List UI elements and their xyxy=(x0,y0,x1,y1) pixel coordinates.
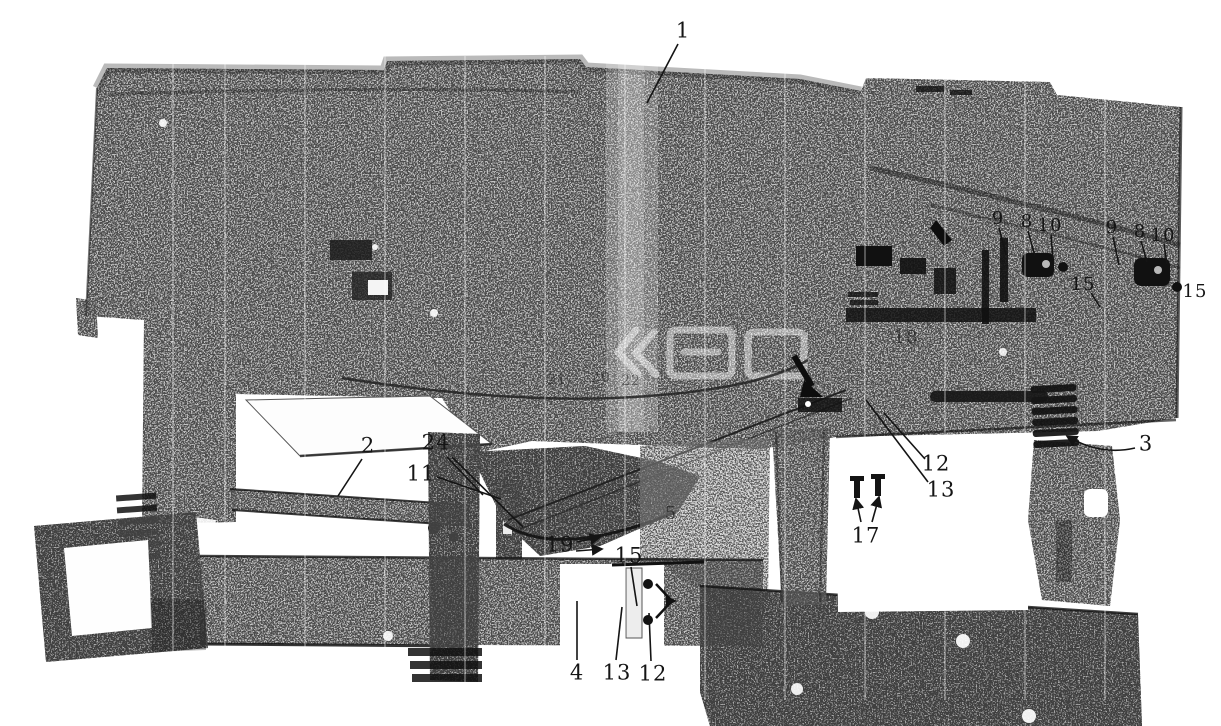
callout-2: 2 xyxy=(361,436,375,457)
callout-15-center: 15 xyxy=(615,546,644,567)
callout-8-b: 8 xyxy=(1134,223,1146,241)
callout-4: 4 xyxy=(570,663,584,684)
callout-8-a: 8 xyxy=(1021,213,1033,231)
callout-17: 17 xyxy=(852,526,881,547)
callout-21-faint: 21 xyxy=(547,373,567,387)
callout-10-b: 10 xyxy=(1151,227,1176,245)
callout-22-faint: 22 xyxy=(621,374,641,388)
callout-18: 18 xyxy=(894,329,919,347)
callout-19: 19 xyxy=(546,535,575,556)
callout-3: 3 xyxy=(1139,434,1153,455)
callout-9-a: 9 xyxy=(992,210,1004,228)
callout-13-right: 13 xyxy=(927,480,956,501)
callout-13-bottom: 13 xyxy=(603,663,632,684)
callout-12-right: 12 xyxy=(922,454,951,475)
callout-15-a: 15 xyxy=(1071,276,1096,294)
callout-1: 1 xyxy=(676,21,690,42)
callout-15-b: 15 xyxy=(1183,283,1208,301)
callout-layer: 1 2 24 11 19 15 5 4 13 12 17 12 13 3 18 … xyxy=(0,0,1221,726)
diagram: 1 2 24 11 19 15 5 4 13 12 17 12 13 3 18 … xyxy=(0,0,1221,726)
callout-10-a: 10 xyxy=(1038,217,1063,235)
callout-11: 11 xyxy=(407,464,436,485)
callout-24: 24 xyxy=(422,433,451,454)
callout-12-bottom: 12 xyxy=(639,664,668,685)
callout-5: 5 xyxy=(665,505,677,523)
callout-9-b: 9 xyxy=(1106,219,1118,237)
callout-20-faint: 20 xyxy=(591,371,611,385)
